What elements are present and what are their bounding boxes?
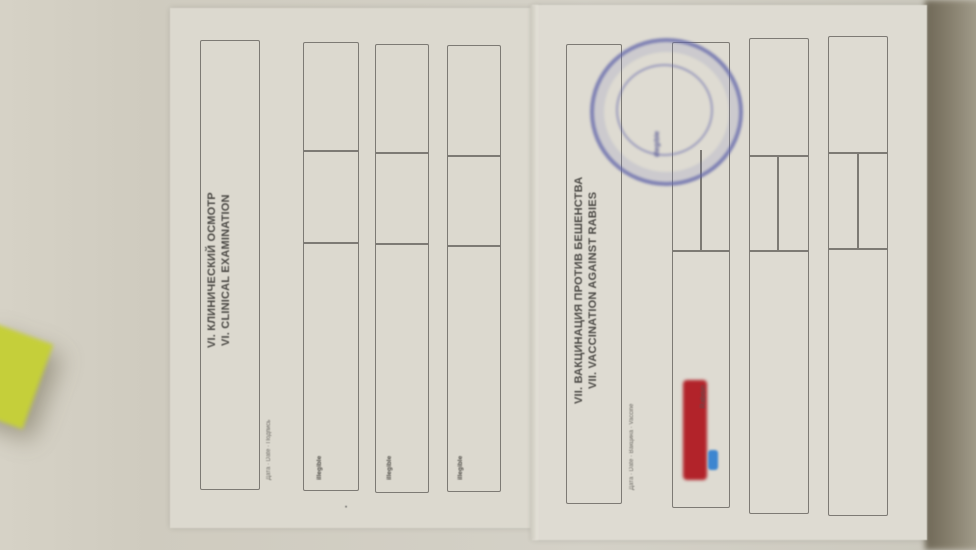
right-field-labels: Дата · Date · Вакцина · Vaccine (628, 190, 637, 490)
divider (829, 248, 887, 250)
divider (777, 155, 779, 250)
stamp-inner-ring (616, 64, 713, 156)
exam-entry-1-text: illegible (315, 260, 325, 480)
clinical-exam-title: VI. КЛИНИЧЕСКИЙ ОСМОТР VI. CLINICAL EXAM… (205, 100, 233, 440)
divider (750, 155, 808, 157)
divider (448, 155, 500, 157)
exam-entry-2-text: illegible (385, 260, 395, 480)
label: Date (629, 459, 635, 472)
booklet-spine (530, 5, 538, 540)
exam-entry-3-text: illegible (456, 260, 466, 480)
stamp-text: illegible (654, 67, 661, 157)
exam-entry-1 (303, 42, 359, 491)
divider (376, 152, 428, 154)
vaccination-title: VII. ВАКЦИНАЦИЯ ПРОТИВ БЕШЕНСТВА VII. VA… (572, 110, 600, 470)
divider (750, 250, 808, 252)
vaccination-entry-3 (828, 36, 888, 516)
divider (673, 250, 729, 252)
sticker-blue-mark (708, 450, 718, 470)
label: Вакцина (629, 430, 635, 453)
background-shadow (925, 0, 976, 550)
official-stamp: illegible (590, 38, 743, 186)
label: Дата (266, 467, 272, 480)
divider (448, 245, 500, 247)
title-en: VII. VACCINATION AGAINST RABIES (587, 191, 599, 388)
title-ru: VII. ВАКЦИНАЦИЯ ПРОТИВ БЕШЕНСТВА (573, 176, 585, 403)
label: Date (266, 449, 272, 462)
divider (376, 243, 428, 245)
page-number: • (345, 505, 347, 511)
title-ru: VI. КЛИНИЧЕСКИЙ ОСМОТР (206, 192, 218, 348)
vaccination-entry-2 (749, 38, 809, 514)
vaccine-sticker-text: Rabisin (700, 385, 707, 408)
label: Дата (629, 477, 635, 490)
sticky-note (0, 321, 53, 430)
title-en: VI. CLINICAL EXAMINATION (220, 194, 232, 346)
divider (304, 242, 358, 244)
exam-entry-2 (375, 44, 429, 493)
label: Подпись (266, 420, 272, 444)
label: Vaccine (629, 404, 635, 425)
divider (857, 152, 859, 248)
left-field-labels: Дата · Date · Подпись (265, 40, 274, 480)
divider (304, 150, 358, 152)
